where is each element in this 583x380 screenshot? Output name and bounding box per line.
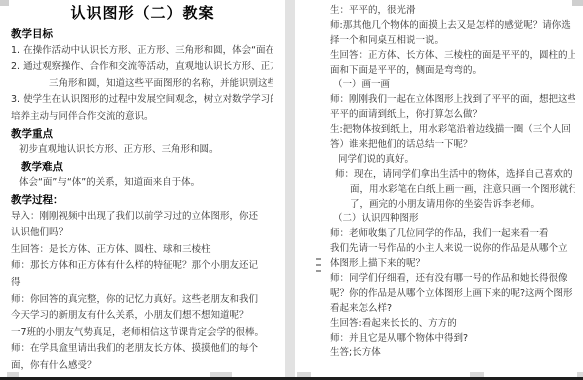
text-line: 同学们说的真好。 bbox=[330, 153, 575, 168]
page-title: 认识图形（二）教案 bbox=[8, 4, 277, 23]
text-line: 平平的面请到纸上，你打算怎么做？ bbox=[330, 108, 575, 123]
text-line: 了，画完的小朋友请用你的坐姿告诉李老师。 bbox=[330, 198, 575, 213]
text-line: 师：并且它是从哪个物体中得到? bbox=[330, 332, 575, 347]
text-line: 生回答：是长方体、正方体、圆柱、球和三棱柱 bbox=[11, 242, 273, 259]
document-viewer: 认识图形（二）教案 教学目标1. 在操作活动中认识长方形、正方形、三角形和圆，体… bbox=[0, 0, 583, 380]
section-heading: 教学难点 bbox=[11, 159, 273, 176]
text-line: 初步直观地认识长方形、正方形、三角形和圆。 bbox=[11, 142, 273, 159]
text-line: 师：那长方体和正方体有什么样的特征呢？那个小朋友还记 bbox=[11, 258, 273, 275]
page-corner-mark bbox=[470, 372, 484, 377]
page-corner-mark bbox=[7, 372, 19, 377]
text-line: 面，你有什么感受？ bbox=[11, 358, 273, 375]
page-1-content: 教学目标1. 在操作活动中认识长方形、正方形、三角形和圆，体会“面在体上”2. … bbox=[0, 25, 285, 374]
page-2[interactable]: 生：平平的，很光滑师:那其他几个物体的面摸上去又是怎样的感觉呢？请你选择一个和同… bbox=[295, 0, 583, 377]
text-line: 师：你回答的真完整，你的记忆力真好。这些老朋友和我们 bbox=[11, 292, 273, 309]
text-line: 呢？你的作品是从哪个立体图形上画下来的呢?这两个图形 bbox=[330, 287, 575, 302]
text-line: 师：同学们仔细看，还有没有哪一号的作品和她长得很像 bbox=[330, 272, 575, 287]
text-line: 答）谁来把他们的话总结一下呢？ bbox=[330, 138, 575, 153]
text-line: 体图形上描下来的呢？ bbox=[330, 257, 575, 272]
text-line: 导入：刚刚视频中出现了我们以前学习过的立体图形，你还 bbox=[11, 209, 273, 226]
page-2-content: 生：平平的，很光滑师:那其他几个物体的面摸上去又是怎样的感觉呢？请你选择一个和同… bbox=[295, 0, 583, 361]
text-line: 生答;长方体 bbox=[330, 346, 575, 361]
page-corner-mark bbox=[210, 372, 232, 377]
text-line: 师：老师收集了几位同学的作品，我们一起来看一看 bbox=[330, 227, 575, 242]
text-line: 面和下面是平平的，侧面是弯弯的。 bbox=[330, 64, 575, 79]
text-line: 认识他们吗？ bbox=[11, 225, 273, 242]
text-line: 择一个和同桌互相说一说。 bbox=[330, 34, 575, 49]
text-line: 我们先请一号作品的小主人来说一说你的作品是从哪个立 bbox=[330, 242, 575, 257]
text-line: 师：现在，请同学们拿出生活中的物体，选择自己喜欢的 bbox=[330, 168, 575, 183]
text-line: 1. 在操作活动中认识长方形、正方形、三角形和圆，体会“面在体上” bbox=[11, 43, 273, 60]
text-line: 三角形和圆，知道这些平面图形的名称，并能识别这些图形。 bbox=[11, 76, 273, 93]
revision-mark-icon bbox=[316, 258, 321, 276]
text-line: （一）画一画 bbox=[330, 78, 575, 93]
text-line: 生:把物体按到纸上，用水彩笔沿着边线描一圈（三个人回 bbox=[330, 123, 575, 138]
text-line: 得 bbox=[11, 275, 273, 292]
page-corner-mark bbox=[572, 0, 583, 6]
text-line: 面，用水彩笔在白纸上画一画，注意只画一个图形就行 bbox=[330, 183, 575, 198]
text-line: 师：在学具盒里请出我们的老朋友长方体、摸摸他们的每个 bbox=[11, 341, 273, 358]
section-heading: 教学过程： bbox=[11, 192, 273, 209]
text-line: 体会“面”与“体”的关系，知道面来自于体。 bbox=[11, 175, 273, 192]
section-heading: 教学重点 bbox=[11, 126, 273, 143]
text-line: 培养主动与同伴合作交流的意识。 bbox=[11, 109, 273, 126]
text-line: 今天学习的新朋友有什么关系，小朋友们想不想知道呢？ bbox=[11, 308, 273, 325]
text-line: 师:那其他几个物体的面摸上去又是怎样的感觉呢？请你选 bbox=[330, 19, 575, 34]
page-corner-mark bbox=[0, 0, 9, 6]
page-divider bbox=[285, 0, 295, 380]
text-line: 2. 通过观察操作、合作和交流等活动，直观地认识长方形、正方形、 bbox=[11, 59, 273, 76]
text-line: 一7班的小朋友气势真足，老师相信这节课肯定会学的很棒。 bbox=[11, 325, 273, 342]
text-line: 师：刚刚我们一起在立体图形上找到了平平的面，想把这些 bbox=[330, 93, 575, 108]
page-1[interactable]: 认识图形（二）教案 教学目标1. 在操作活动中认识长方形、正方形、三角形和圆，体… bbox=[0, 0, 285, 377]
text-line: 生：平平的，很光滑 bbox=[330, 4, 575, 19]
text-line: 生回答：正方体、长方体、三棱柱的面是平平的，圆柱的上 bbox=[330, 49, 575, 64]
section-heading: 教学目标 bbox=[11, 26, 273, 43]
page-corner-mark bbox=[577, 372, 583, 377]
text-line: 3. 使学生在认识图形的过程中发展空间观念，树立对数学学习的信心， bbox=[11, 92, 273, 109]
text-line: 看起来怎么样? bbox=[330, 302, 575, 317]
page-corner-mark bbox=[297, 372, 311, 377]
text-line: （二）认识四种图形 bbox=[330, 212, 575, 227]
text-line: 生回答:看起来长长的、方方的 bbox=[330, 317, 575, 332]
